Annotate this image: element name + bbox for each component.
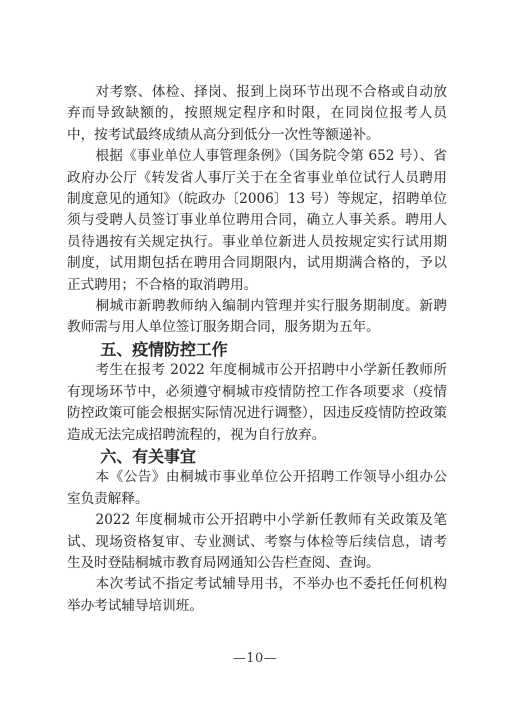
paragraph-followup-info: 2022 年度桐城市公开招聘中小学新任教师有关政策及笔试、现场资格复审、专业测试… xyxy=(67,510,447,574)
paragraph-service-period: 桐城市新聘教师纳入编制内管理并实行服务期制度。新聘教师需与用人单位签订服务期合同… xyxy=(67,296,447,339)
paragraph-no-training: 本次考试不指定考试辅导用书，不举办也不委托任何机构举办考试辅导培训班。 xyxy=(67,574,447,617)
paragraph-employment-contract: 根据《事业单位人事管理条例》（国务院令第 652 号）、省政府办公厅《转发省人事… xyxy=(67,146,447,296)
section-heading-related-matters: 六、有关事宜 xyxy=(67,446,447,467)
paragraph-epidemic-requirements: 考生在报考 2022 年度桐城市公开招聘中小学新任教师所有现场环节中，必须遵守桐… xyxy=(67,360,447,446)
paragraph-interpretation: 本《公告》由桐城市事业单位公开招聘工作领导小组办公室负责解释。 xyxy=(67,467,447,510)
paragraph-supplement-rule: 对考察、体检、择岗、报到上岗环节出现不合格或自动放弃而导致缺额的，按照规定程序和… xyxy=(67,82,447,146)
document-page: 对考察、体检、择岗、报到上岗环节出现不合格或自动放弃而导致缺额的，按照规定程序和… xyxy=(0,0,510,722)
section-heading-epidemic-prevention: 五、疫情防控工作 xyxy=(67,339,447,360)
document-body: 对考察、体检、择岗、报到上岗环节出现不合格或自动放弃而导致缺额的，按照规定程序和… xyxy=(67,82,447,617)
page-number: —10— xyxy=(0,651,510,666)
